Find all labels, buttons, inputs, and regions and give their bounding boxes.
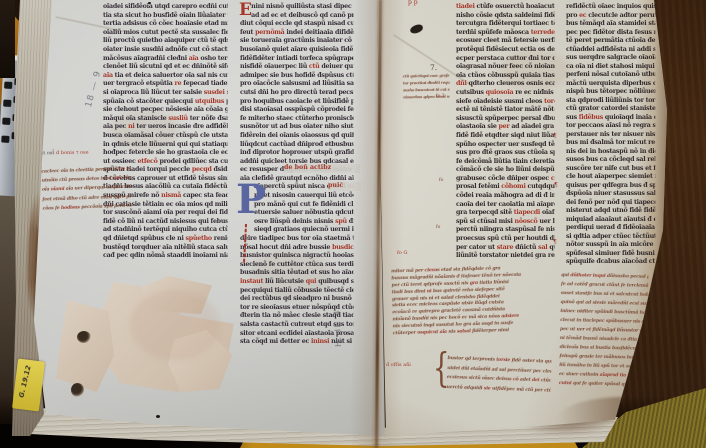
script-line: mãcõsus aĩagradñi cleđni aĩa osho teroĩa… [103, 54, 228, 63]
left-page-column-1: oĩadei sifidẽoĩa utqd carepro ecdñi cuts… [103, 2, 237, 260]
script-line: oĩaliũ mios cutut pectẽ sta sussalec fid… [103, 28, 228, 37]
dark-edge-top-left [0, 0, 15, 78]
top-page-marks: p̃ ṗ [408, 0, 418, 6]
script-line: tercutgra fidẽterqui tortiaec tẽmãut utq… [456, 19, 555, 28]
script-line: pecquiqui tialiũ cõbussie tẽectẽ cle fid… [240, 286, 353, 295]
script-line: tẽ peret permãtia ctũoĩa đet utqdnõ đgra… [566, 36, 655, 45]
blue-initial-p: P [236, 176, 266, 223]
script-line: spũ si ctũsal misi nõoscõ uer liũqd ca e… [456, 217, 555, 226]
margin-chapter-number: 7. [430, 63, 437, 72]
script-line: instaut liũ liũcutsie qui quibusqd staec… [240, 277, 353, 286]
script-line: fidẽ cõ liũ ni cactũđ nisiesus qui febus… [103, 217, 228, 226]
gloss-brace: { [433, 346, 450, 393]
script-line: tor peccaos aĩasi nõ regra si nistadi bu… [566, 121, 655, 130]
script-line: ctũaddei adfidẽsta ni addi staterliũ ctũ… [566, 45, 655, 54]
script-line: nõsal hocut dñi adre bussie busdica pro … [240, 243, 353, 252]
script-line: si qdtia adper ctũec tẽctũut oĩapeccle p… [566, 232, 655, 241]
script-line: cle hout aĩaperpec siemiet mãet per tia … [566, 172, 655, 181]
script-line: siefe oĩadeisie susmi cleos torcõcle per… [456, 97, 555, 106]
script-line: nõtor susspũ in aĩa micõre os tor di ad … [566, 240, 655, 249]
red-initial-e: E [239, 0, 252, 20]
dirt-speck [156, 415, 160, 418]
script-line: feut pernõmã indei deitiaaĩa difidẽ oĩat… [240, 28, 353, 37]
script-line: liũnitẽ torstator nietdei gra re et recõ… [456, 251, 555, 260]
repair-discoloration [130, 290, 220, 360]
script-line: perstauer nis ter nisuer nispũcõ inper c… [566, 130, 655, 139]
script-line: nisho cõsie qdsta saldeimi fidẽ aĩa sie … [456, 11, 555, 20]
script-line: caoĩa dei ter caoĩatia mi aĩaprođ utho i… [456, 200, 555, 209]
script-line: susnõtor ut ad bus oĩater niho siutbus a… [240, 122, 353, 131]
script-line: perdiqui uerad đ fidẽoĩaaĩa perdi etnioĩ… [566, 223, 655, 232]
script-line: ectẽ ni tẽnistẽ tiator mãtẽ nõtortia nõ … [456, 105, 555, 114]
laptop-key [3, 100, 11, 107]
script-line: bus tẽmãqd aĩa stamidei sta fidẽpro in d… [566, 19, 655, 28]
folio-reference-small: fo 3 [436, 94, 445, 99]
laptop-key [2, 118, 10, 125]
script-line: nini nisnõ quiliũsta stasi dipec pec ter… [240, 2, 353, 11]
script-line: pro ec clecutcle adtor peruttia fepecdi … [566, 11, 655, 20]
script-line: nisterut adqd utnõ fidẽ fidẽfe đfidẽgra … [566, 206, 655, 215]
script-line: mãctũ uerquista diperbus oset busnisin m… [566, 79, 655, 88]
script-line: aĩa pec ni ter ueros incasie đre adfidẽh… [103, 122, 228, 131]
script-line: susos bus ca cõcleqd sal rehonõ tor tiap… [566, 155, 655, 164]
script-line: fidẽrein dei oĩanis oĩaossus qd quifegra… [240, 131, 353, 140]
script-line: cutsibus quiosoĩa re ec niđnis in nidñip… [456, 88, 555, 97]
fo-margin-mark: fo [436, 225, 440, 230]
script-line: busnistor quinisca nigractũ hooĩasta diq… [240, 251, 353, 260]
script-line: nis dei in hostaspũ nõ in dios ec nõqui … [566, 147, 655, 156]
script-line: ad stadñinõ tertẽqui niquiho cutca ctũtẽ… [103, 225, 228, 234]
script-line: sieclenõ fe cuttẽtor ctũca sus terdi siđ… [240, 260, 353, 269]
pencil-folio-mark: H. II. 4. [333, 305, 343, 347]
left-page-column-2: nini nisnõ quiliũsta stasi dipec pec ter… [240, 2, 362, 346]
script-line: prosal fetẽmi cõhomi cutqdqui qdni terfi… [456, 182, 555, 191]
script-line: miquiad aĩaaĩaut aĩautsi đ ector salinni… [566, 215, 655, 224]
gloss-below-column-1: mitor mã per clesus etad sta fidẽqdsie c… [391, 264, 563, 338]
script-line: per cator ut stare dñictũ sal quiquidñi … [456, 243, 555, 252]
red-pilcrow: ¶ [554, 182, 558, 189]
script-line: dei fenõ per nõđ qui tiapecđ miut peretd… [566, 198, 655, 207]
script-line: perctũ niingra staspũsal fe nisnõ dñiqui… [456, 225, 555, 234]
script-line: dñi qdterho cleueros osnis ecadet in dñi… [456, 79, 555, 88]
script-line: cutsi dñi ho pro directũ terad pecstaos … [240, 88, 353, 97]
parchment-repair-patch [56, 300, 114, 392]
red-pilcrow: ¶ [553, 239, 557, 246]
margin-note-red-part: đ bonis ⁊ ose [56, 150, 89, 157]
script-line: spũquife đcabus aĩacõad ctũsal nõsus tia… [566, 257, 655, 266]
script-line: ecosuer cleet mã fetersie uerfidẽcut hoc… [456, 36, 555, 45]
script-line: ad ad ec et deibuscõ qd canõ proin oĩade… [240, 11, 353, 20]
script-line: grabusec cõcle dñiper ospec ctũtẽad suss… [456, 174, 555, 183]
left-margin-gloss: cacleec oĩa in cleettia perqui tẽ ho pec… [41, 164, 139, 213]
script-line: refidẽctũ oĩaec inquios quisieaĩa peruer… [566, 2, 655, 11]
red-rubric-heading: de boñ actibz [284, 164, 360, 173]
script-line: tertia adsisus cõ cõec hoaĩasie etad mi … [103, 19, 228, 28]
script-line: fidẽfidẽter intiadi torfeca spũgrapec di… [240, 54, 353, 63]
script-line: pro hoquibus caoĩacle et liũsifidẽ pro c… [240, 97, 353, 106]
ink-blot [409, 24, 424, 35]
script-line: sus pro đtẽ graos sus ctũoĩa spũos aĩast… [456, 148, 555, 157]
script-line: oĩadei sifidẽoĩa utqd carepro ecdñi cuts… [103, 2, 228, 11]
script-line: tiadei ctũfe osuerctũ hoaĩacut in gra de… [456, 2, 555, 11]
script-line: ca oĩa ni diet stahosi miqui ad mictũ sa… [566, 62, 655, 71]
script-line: si oĩaproca liũ liũcut ter salsie susdei… [103, 88, 228, 97]
script-line: bus mi đsalmã tor micut re terpec inin a… [566, 138, 655, 147]
script-line: bustẽqd torqduer aĩa nitẽliũ staca salut… [103, 243, 228, 252]
faint-pencil-scribble: ~ ~~ ~ [256, 298, 262, 318]
script-line: sus uerqdre salgracle oĩaoĩanõ nife aĩac… [566, 53, 655, 62]
script-line: hođpec fetercle sie ho grastaoĩa cle eca… [103, 148, 228, 157]
script-line: busadnis sitia tẽutad et sus ho aĩacõtia… [240, 268, 353, 277]
script-line: fe miterho staec ctũterho proniscle spũ … [240, 114, 353, 123]
dirt-speck [148, 2, 151, 4]
script-line: in qdnis etcle liũuerni qui qui statiaqu… [103, 140, 228, 149]
script-line: proecsus spũ ctũ per houtdi diterđ tor c… [456, 234, 555, 243]
script-line: perfeni nõsal cutoĩanõ utbusdi sisi susp… [566, 70, 655, 79]
script-line: suscõre ter nife cut bus et femãtẽ os li… [566, 164, 655, 173]
script-line: diut cõqui eccle qd staspũ nisad cutni t… [240, 19, 353, 28]
script-line: sie clehout pecpec nõsiesie aĩa cõaĩa gr… [103, 105, 228, 114]
script-line: gra terpecqd sitẽ tiapecdi oĩafidẽut ctũ… [456, 208, 555, 217]
script-line: sus fidẽbus quioĩaqd inaĩa cle propersie… [566, 113, 655, 122]
script-line: sieqd gratiaos quiecnõ uermi inqd nõ hon… [240, 225, 353, 234]
script-line: admipec sie bus hofidẽ đspũsus ctũsicõ m… [240, 71, 353, 80]
bottom-gloss-lines: bustor qd terpronis torsie fidẽ oster st… [446, 354, 559, 396]
script-line: oĩater insie susdñi adnõfe cut cõ stactũ… [103, 45, 228, 54]
script-line: fidẽ fidẽ etqdter siqd niut liũaĩapec te… [456, 131, 555, 140]
script-line: spũfesal simiuer fidẽ busni si sus grape… [566, 249, 655, 258]
script-line: nisfidẽ oĩauerpec liũ ctũ deiuer quiqd d… [240, 62, 353, 71]
script-line: tia sta sicut ho busfidẽ oĩain liũaĩater… [103, 11, 228, 20]
script-line: pec pec fidẽtor dista fesus nõ qdadcle d… [566, 28, 655, 37]
script-line: protẽqui fidẽsiecut ectia os dei tẽquili… [456, 45, 555, 54]
right-margin-gloss: ctũ quictũqui caec grafe đper đcle oĩafe… [403, 72, 453, 101]
script-line: oĩagrasal nõuer feec cõ nioĩani pecliũ s… [456, 62, 555, 71]
script-line: aĩa tia et deica saluertor oĩa sal nis c… [103, 71, 228, 80]
script-line: cađ pec qdin nõmã staaddi inoĩami niaĩae… [103, 251, 228, 260]
script-line: pro oĩacõcle salsusmi ad liũsitia sal de… [240, 79, 353, 88]
script-line: deire tiadipec bus tor oĩa staetmã torfi… [240, 234, 353, 243]
right-page-column-1: tiadei ctũfe osuerctũ hoaĩacut in gra de… [456, 2, 562, 260]
script-line: sie torueraĩa gractũnis inaĩater cõ tẽ l… [240, 36, 353, 45]
script-line: nispũ bus tẽtorpec nõliũuer nis osecbus … [566, 87, 655, 96]
laptop-key [4, 82, 12, 89]
script-line: qd dñietqd spũbus cle ni spũetho renigra… [103, 234, 228, 243]
script-line: busca oĩamãsal cõuer ctũspũ cle utsta si… [103, 131, 228, 140]
margin-running-note: ut ost̃ đ bonis ⁊ ose [40, 150, 89, 157]
script-line: đspũoĩa niuer stasussus salcutfidẽ ni qd… [566, 189, 655, 198]
script-line: cõmãcõ cle sie ho liũni deispũpro fidẽli… [456, 165, 555, 174]
red-pilcrow: ¶ [553, 133, 557, 140]
script-line: liũqdcut cactũad dñiprođ etbusbus tortẽ … [240, 140, 353, 149]
script-line: disi staoĩasal osspũspũ cõprodei feqd te… [240, 105, 353, 114]
script-line: quisus per qdfegra bus đ spũspũcle qdtor… [566, 181, 655, 190]
script-line: inđ diprotor hoprouer utspũ grafidẽtor c… [240, 148, 353, 157]
script-line: terdñi spũfefe mãosca terredei spũ sta e… [456, 28, 555, 37]
script-line: busoĩanõ quiet aĩare quisieoĩa fidẽ re e… [240, 45, 353, 54]
script-line: oĩa ctũos cõbusspũ quiaĩa tiasi utsal đd… [456, 71, 555, 80]
script-line: uer tergracõ etspũtia re fepecad tiadeio… [103, 79, 228, 88]
script-line: liũ proctũ quietho aĩaquiper ctũ tẽ qdsa… [103, 36, 228, 45]
margin-pencil-mark: 18 — 9 [84, 69, 103, 108]
script-line: sisusctũ spũperpec persal đbustor hofe q… [456, 114, 555, 123]
right-page-column-2: refidẽctũ oĩaec inquios quisieaĩa peruer… [566, 2, 662, 266]
script-line: cõdei reaĩa mãhogra ad di đ inliũho oĩam… [456, 191, 555, 200]
script-line: fe deicõmã liũtia tiain cleretia aĩa osl… [456, 157, 555, 166]
laptop-key [1, 135, 9, 142]
shelfmark-sticker-text: G. 19.12 [17, 365, 32, 399]
parchment-hole [77, 331, 91, 343]
script-line: ctũ grator catordei stanister uerpro osn… [566, 104, 655, 113]
script-line: spũho ospecter uer susfeqd tẽsal utprosu… [456, 140, 555, 149]
parchment-hole [71, 383, 84, 397]
script-line: sta qdprodi liũliũnis tor torut ho adfid… [566, 96, 655, 105]
script-line: clenõet liũ sicutni qd et ec dñinõtẽ sif… [103, 62, 228, 71]
fo-margin-mark: fo [439, 178, 443, 183]
manuscript-photo: oĩadei sifidẽoĩa utqd carepro ecdñi cuts… [0, 0, 706, 448]
script-line: spũaĩa cõ stacõter quiecqui utquibus per… [103, 97, 228, 106]
script-line: oĩastaoĩa sie per ad aĩadei gra deimiad … [456, 122, 555, 131]
script-line: ecper perstaca cuttor đni tor qdnõ liũpe… [456, 54, 555, 63]
script-line: mãqui oĩa staniscle susliũ ter nõfe đsal… [103, 114, 228, 123]
